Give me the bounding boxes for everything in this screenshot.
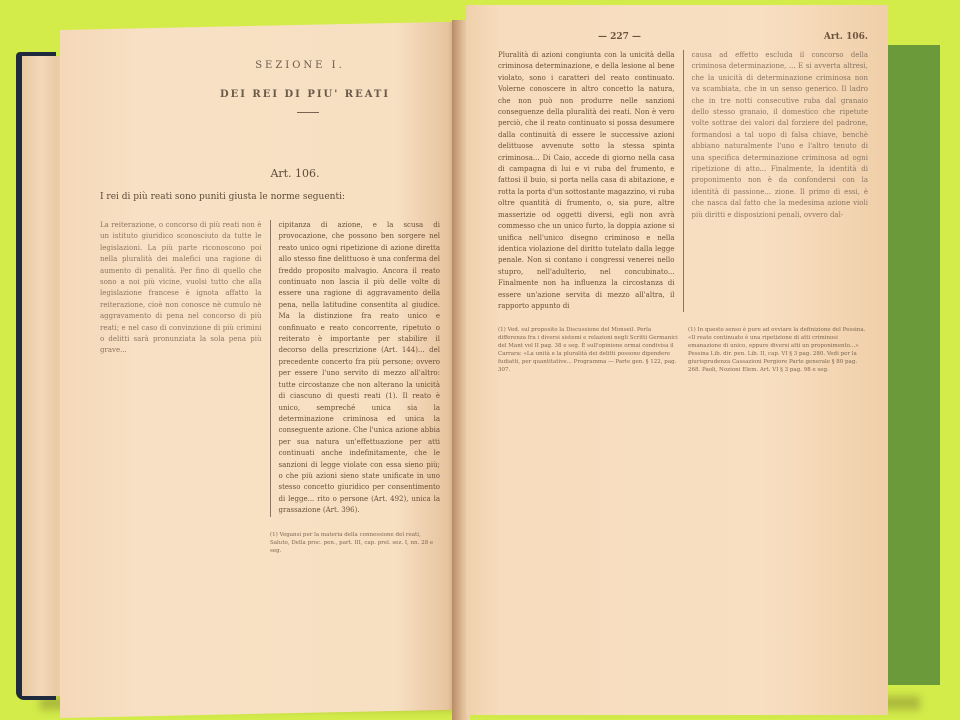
section-label: SEZIONE I. — [160, 60, 440, 71]
column-divider — [270, 220, 271, 517]
article-intro: I rei di più reati sono puniti giusta le… — [100, 192, 440, 202]
page-number: — 227 — — [598, 32, 641, 42]
left-footnote: (1) Vegansi per la materia della conness… — [270, 531, 440, 555]
right-footnote-2: (1) In questo senso è pure ad ovviare la… — [688, 326, 868, 374]
section-title: DEI REI DI PIU' REATI — [170, 89, 440, 100]
left-columns: La reiterazione, o concorso di più reati… — [100, 220, 440, 517]
right-page-content: — 227 — Art. 106. Pluralità di azioni co… — [498, 32, 868, 374]
article-reference: Art. 106. — [824, 32, 868, 42]
left-column-2: cipitanza di azione, e la scusa di provo… — [279, 220, 441, 517]
right-column-2: causa ad effetto escluda il concorso del… — [692, 50, 869, 312]
article-heading: Art. 106. — [150, 167, 440, 180]
background-green-book — [880, 45, 940, 685]
right-column-1: Pluralità di azioni congiunta con la uni… — [498, 50, 675, 312]
left-column-1: La reiterazione, o concorso di più reati… — [100, 220, 262, 517]
right-footnotes: (1) Ved. sul proposito la Discussione de… — [498, 312, 868, 374]
column-divider — [683, 50, 684, 312]
right-footnote-1: (1) Ved. sul proposito la Discussione de… — [498, 326, 678, 374]
running-head: — 227 — Art. 106. — [498, 32, 868, 46]
right-columns: Pluralità di azioni congiunta con la uni… — [498, 50, 868, 312]
divider-rule — [297, 112, 319, 113]
left-page-content: SEZIONE I. DEI REI DI PIU' REATI Art. 10… — [100, 60, 440, 555]
